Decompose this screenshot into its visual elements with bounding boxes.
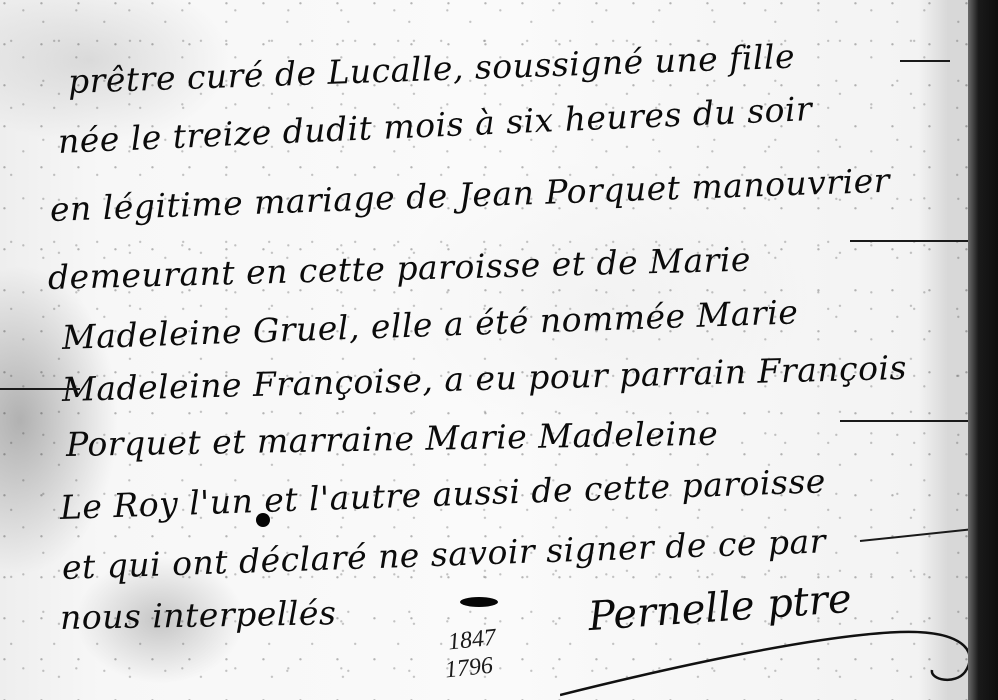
manuscript-line-6: Madeleine Françoise, a eu pour parrain F…	[61, 348, 907, 409]
ink-blot	[256, 513, 270, 527]
manuscript-page: prêtre curé de Lucalle, soussigné une fi…	[0, 0, 998, 700]
line-end-rule-6a	[0, 388, 80, 390]
manuscript-line-8: Le Roy l'un et l'autre aussi de cette pa…	[59, 461, 826, 527]
manuscript-line-5: Madeleine Gruel, elle a été nommée Marie	[61, 292, 799, 357]
manuscript-line-1: prêtre curé de Lucalle, soussigné une fi…	[67, 37, 795, 101]
manuscript-line-10: nous interpellés	[60, 593, 337, 637]
line-end-rule-9	[860, 529, 970, 542]
ink-blot	[460, 597, 498, 607]
signature-flourish	[560, 610, 980, 700]
manuscript-line-7: Porquet et marraine Marie Madeleine	[66, 414, 719, 464]
manuscript-line-3: en légitime mariage de Jean Porquet mano…	[49, 161, 890, 229]
manuscript-line-9: et qui ont déclaré ne savoir signer de c…	[61, 521, 826, 587]
margin-number-1796: 1796	[444, 654, 494, 683]
manuscript-line-4: demeurant en cette paroisse et de Marie	[47, 240, 751, 297]
book-binding-edge	[968, 0, 998, 700]
line-end-rule-7	[840, 420, 970, 422]
margin-number-1847: 1847	[447, 626, 497, 655]
line-end-rule-1	[900, 60, 950, 62]
line-end-rule-4	[850, 240, 970, 242]
manuscript-line-2: née le treize dudit mois à six heures du…	[57, 89, 813, 161]
